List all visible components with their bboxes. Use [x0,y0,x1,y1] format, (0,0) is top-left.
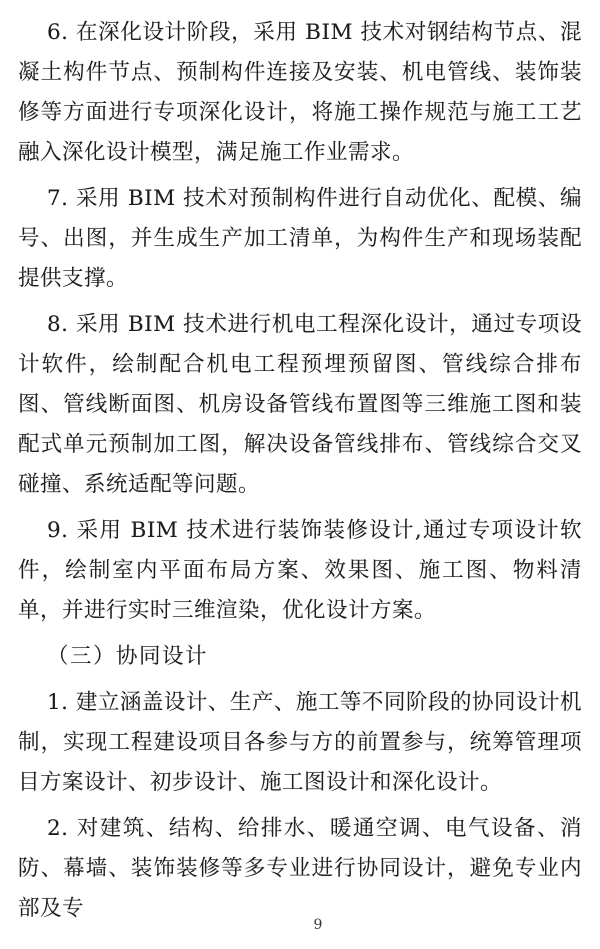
body-paragraph-7: 7. 采用 BIM 技术对预制构件进行自动优化、配模、编号、出图，并生成生产加工… [18,179,582,299]
body-paragraph-1: 1. 建立涵盖设计、生产、施工等不同阶段的协同设计机制，实现工程建设项目各参与方… [18,683,582,803]
body-paragraph-6: 6. 在深化设计阶段，采用 BIM 技术对钢结构节点、混凝土构件节点、预制构件连… [18,13,582,173]
body-paragraph-2: 2. 对建筑、结构、给排水、暖通空调、电气设备、消防、幕墙、装饰装修等多专业进行… [18,809,582,929]
document-page: 6. 在深化设计阶段，采用 BIM 技术对钢结构节点、混凝土构件节点、预制构件连… [0,0,600,949]
body-paragraph-9: 9. 采用 BIM 技术进行装饰装修设计,通过专项设计软件，绘制室内平面布局方案… [18,511,582,631]
page-number: 9 [18,917,600,933]
body-paragraph-8: 8. 采用 BIM 技术进行机电工程深化设计，通过专项设计软件，绘制配合机电工程… [18,305,582,505]
section-heading: （三）协同设计 [18,637,582,677]
